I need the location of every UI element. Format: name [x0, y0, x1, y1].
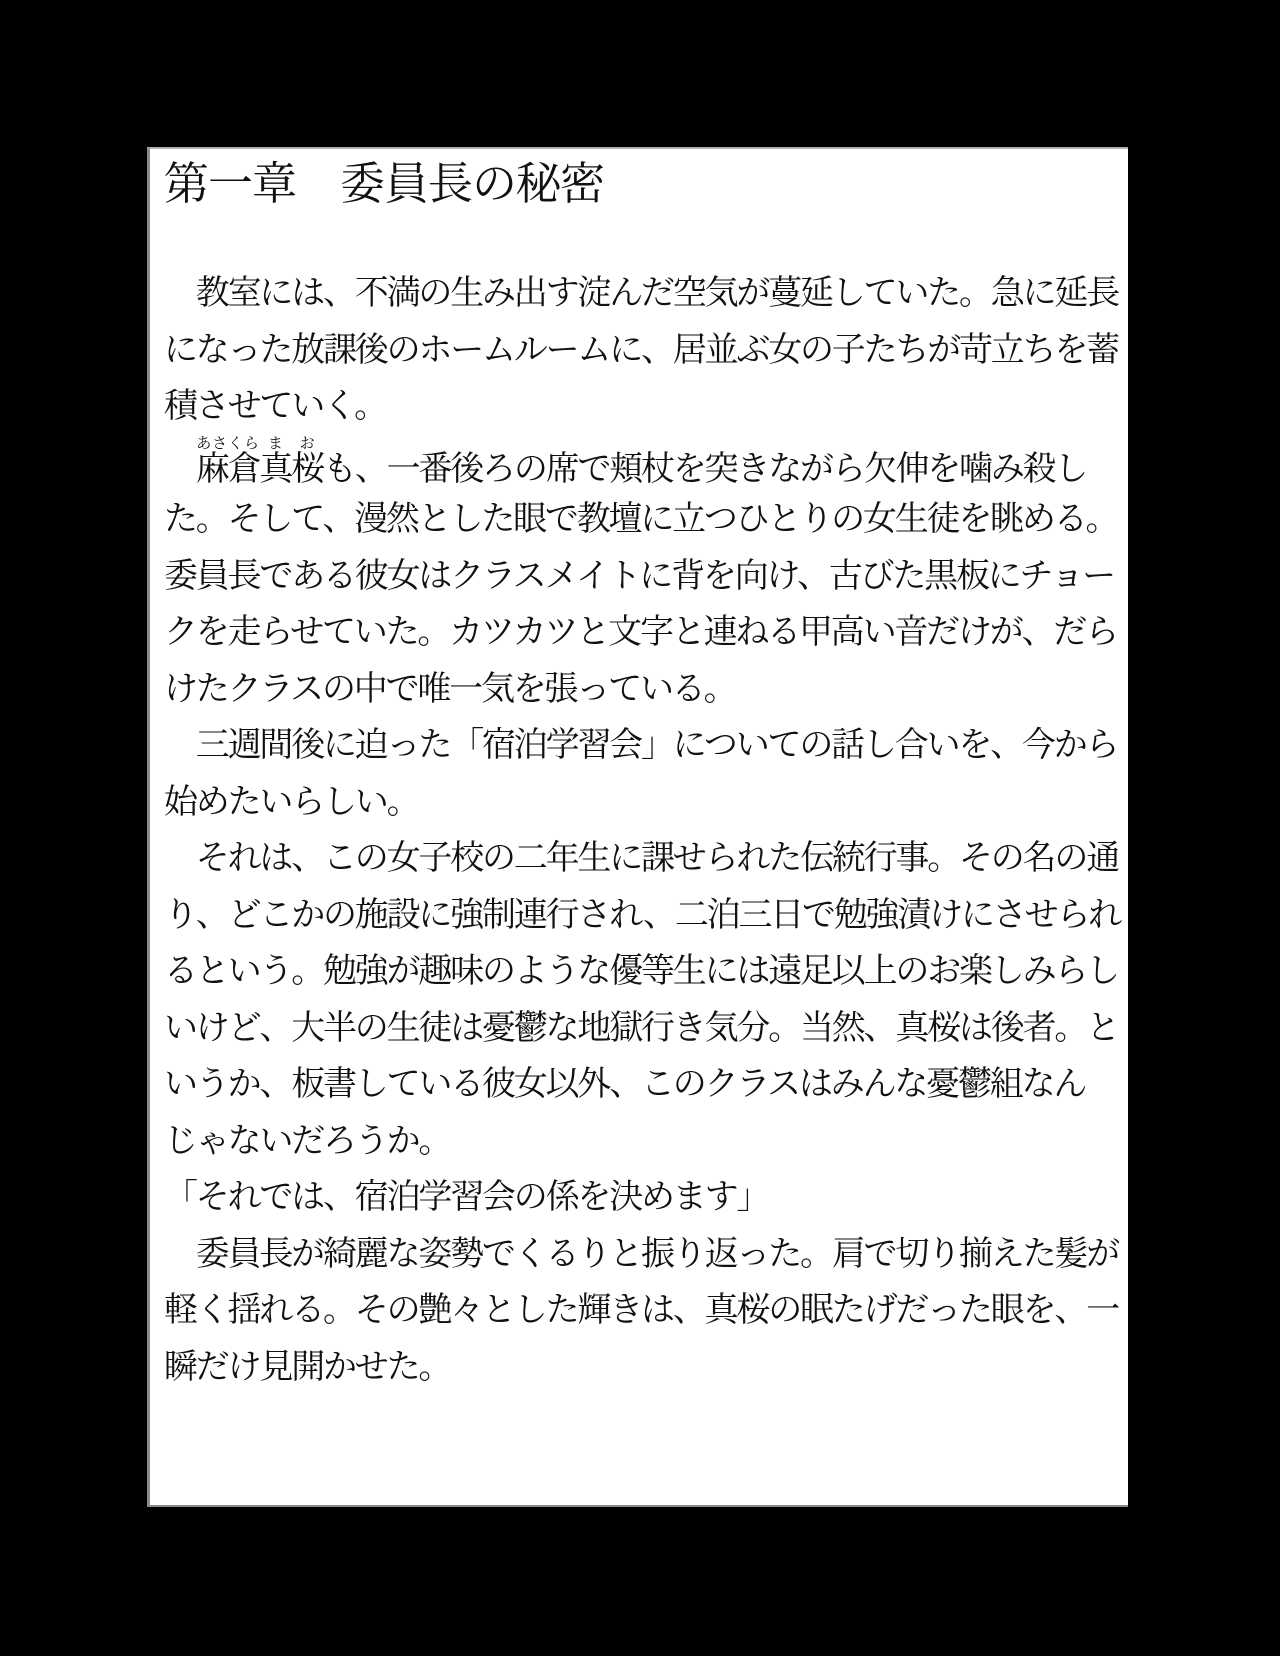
book-page: 第一章 委員長の秘密 教室には、不満の生み出す淀んだ空気が蔓延していた。急に延長…: [147, 147, 1128, 1507]
text-line: それは、この女子校の二年生に課せられた伝統行事。その名の通: [164, 830, 1114, 887]
text-line: じゃないだろうか。: [164, 1113, 1114, 1170]
furigana-reading: ま: [259, 435, 291, 452]
text-line: た。そして、漫然とした眼で教壇に立つひとりの女生徒を眺める。: [164, 491, 1114, 548]
text-line: 瞬だけ見開かせた。: [164, 1339, 1114, 1396]
text-line: 積させていく。: [164, 378, 1114, 435]
text-line: 委員長である彼女はクラスメイトに背を向け、古びた黒板にチョー: [164, 548, 1114, 605]
text-line: り、どこかの施設に強制連行され、二泊三日で勉強漬けにさせられ: [164, 887, 1114, 944]
text-line: 軽く揺れる。その艶々とした輝きは、真桜の眠たげだった眼を、一: [164, 1282, 1114, 1339]
text-line: 三週間後に迫った「宿泊学習会」についての話し合いを、今から: [164, 717, 1114, 774]
furigana-reading: お: [291, 435, 323, 452]
text-line: いうか、板書している彼女以外、このクラスはみんな憂鬱組なん: [164, 1056, 1114, 1113]
text-line: になった放課後のホームルームに、居並ぶ女の子たちが苛立ちを蓄: [164, 322, 1114, 379]
furigana-ruby: 麻倉あさくら真ま桜お: [196, 450, 323, 488]
text-line: 教室には、不満の生み出す淀んだ空気が蔓延していた。急に延長: [164, 265, 1114, 322]
chapter-title: 第一章 委員長の秘密: [164, 155, 1114, 213]
text-line: いけど、大半の生徒は憂鬱な地獄行き気分。当然、真桜は後者。と: [164, 1000, 1114, 1057]
text-line: 「それでは、宿泊学習会の係を決めます」: [164, 1169, 1114, 1226]
text-line: るという。勉強が趣味のような優等生には遠足以上のお楽しみらし: [164, 943, 1114, 1000]
reader-background: { "page": { "title": "第一章 委員長の秘密" }, "co…: [0, 0, 1280, 1656]
text-line: 麻倉あさくら真ま桜おも、一番後ろの席で頬杖を突きながら欠伸を噛み殺し: [164, 435, 1114, 492]
text-line: 委員長が綺麗な姿勢でくるりと振り返った。肩で切り揃えた髪が: [164, 1226, 1114, 1283]
text-line: 始めたいらしい。: [164, 774, 1114, 831]
text-line: クを走らせていた。カツカツと文字と連ねる甲高い音だけが、だら: [164, 604, 1114, 661]
furigana-reading: あさくら: [196, 435, 260, 452]
body-text: 教室には、不満の生み出す淀んだ空気が蔓延していた。急に延長になった放課後のホーム…: [164, 265, 1114, 1395]
text-line: けたクラスの中で唯一気を張っている。: [164, 661, 1114, 718]
